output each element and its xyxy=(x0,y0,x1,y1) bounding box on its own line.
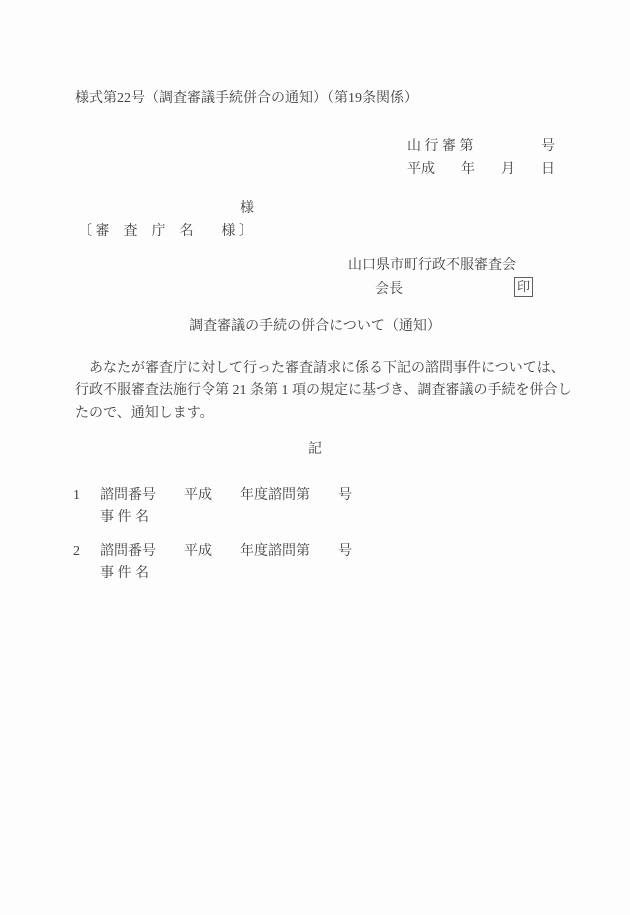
date-line: 平成 年 月 日 xyxy=(407,158,555,181)
seal-mark: 印 xyxy=(514,277,533,297)
body-line-2: 行政不服審査法施行令第 21 条第 1 項の規定に基づき、調査審議の手続を併合し xyxy=(75,380,571,402)
doc-number-prefix: 山 行 審 第 xyxy=(407,135,474,158)
date-day-label: 日 xyxy=(541,158,555,181)
date-month-label: 月 xyxy=(501,158,515,181)
recipient-honorific: 様 xyxy=(240,199,254,219)
item-number: 2 xyxy=(73,541,100,563)
form-number-line: 様式第22号（調査審議手続併合の通知）（第19条関係） xyxy=(75,89,418,109)
case-item-2: 2諮問番号 平成 年度諮問第 号 事 件 名 xyxy=(73,541,352,585)
body-line-1: あなたが審査庁に対して行った審査請求に係る下記の諮問事件については、 xyxy=(75,358,571,380)
date-era-label: 平成 xyxy=(407,158,435,181)
sender-organization: 山口県市町行政不服審査会 xyxy=(348,256,516,276)
sender-title: 会長 xyxy=(375,280,403,300)
inquiry-number-text: 諮問番号 平成 年度諮問第 号 xyxy=(100,488,352,503)
recipient-agency-placeholder: 〔 審 査 庁 名 様 〕 xyxy=(78,222,253,242)
case-item-1: 1諮問番号 平成 年度諮問第 号 事 件 名 xyxy=(73,485,352,529)
doc-number-suffix: 号 xyxy=(541,135,555,158)
case-name-label: 事 件 名 xyxy=(100,507,352,529)
date-year-label: 年 xyxy=(461,158,475,181)
inquiry-number-line: 2諮問番号 平成 年度諮問第 号 xyxy=(73,541,352,563)
case-name-label: 事 件 名 xyxy=(100,563,352,585)
body-line-3: たので、通知します。 xyxy=(75,403,571,425)
body-paragraph: あなたが審査庁に対して行った審査請求に係る下記の諮問事件については、 行政不服審… xyxy=(75,358,571,425)
inquiry-number-line: 1諮問番号 平成 年度諮問第 号 xyxy=(73,485,352,507)
doc-number-line: 山 行 審 第 号 xyxy=(407,135,555,158)
item-number: 1 xyxy=(73,485,100,507)
reference-block: 山 行 審 第 号 平成 年 月 日 xyxy=(407,135,555,181)
subject-title: 調査審議の手続の併合について（通知） xyxy=(0,317,630,337)
document-page: 様式第22号（調査審議手続併合の通知）（第19条関係） 山 行 審 第 号 平成… xyxy=(0,0,630,915)
inquiry-number-text: 諮問番号 平成 年度諮問第 号 xyxy=(100,544,352,559)
ki-marker: 記 xyxy=(0,440,630,460)
